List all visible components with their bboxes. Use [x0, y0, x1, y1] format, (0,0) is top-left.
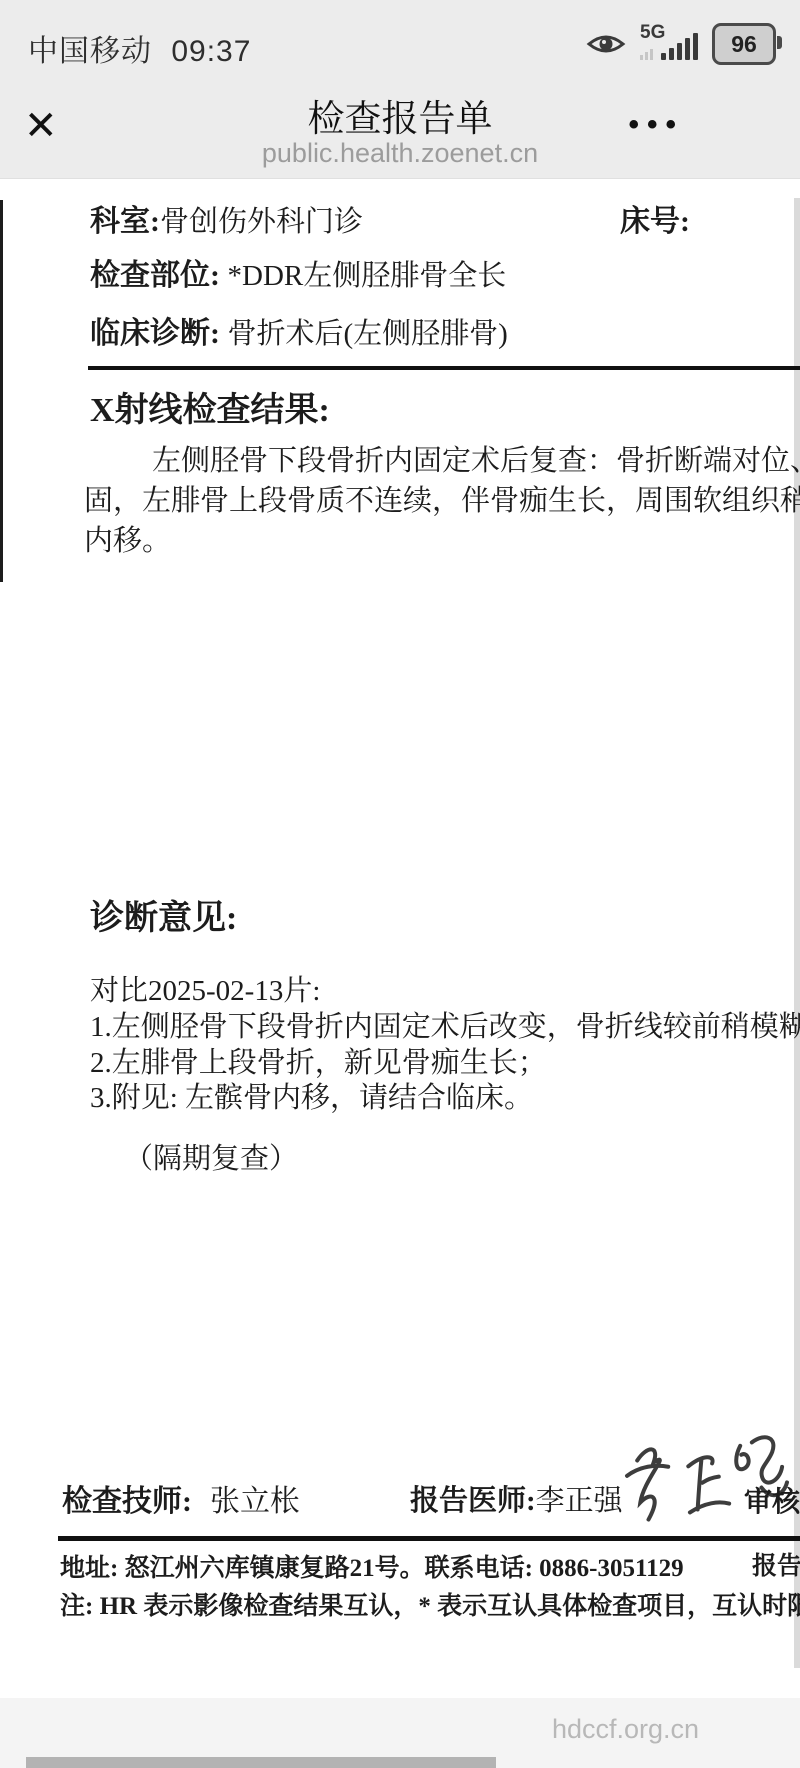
footer-divider	[58, 1536, 800, 1541]
exam-part-label: 检查部位:	[90, 259, 220, 292]
department-field: 科室:骨创伤外科门诊	[90, 196, 590, 240]
clinical-diagnosis-field: 临床诊断: 骨折术后(左侧胫腓骨)	[90, 308, 800, 352]
page-url: public.health.zoenet.cn	[0, 138, 800, 169]
exam-part-field: 检查部位: *DDR左侧胫腓骨全长	[90, 250, 800, 294]
xray-result-line: 固，左腓骨上段骨质不连续，伴骨痂生长，周围软组织稍肿胀	[84, 478, 800, 519]
watermark-url: hdccf.org.cn	[552, 1714, 699, 1745]
bed-field: 床号:	[620, 196, 800, 240]
technician-field: 检查技师:张立枨	[62, 1476, 300, 1520]
followup-note: （隔期复查）	[124, 1136, 298, 1177]
carrier-and-time: 中国移动 09:37	[28, 26, 251, 70]
phone-screen: 中国移动 09:37 5G 96 ✕ 检查报告单	[0, 0, 800, 1768]
xray-result-line: 左侧胫骨下段骨折内固定术后复查：骨折断端对位、对线	[152, 438, 800, 479]
page-edge-shadow-left	[0, 200, 3, 582]
reporter-field: 报告医师:李正强	[410, 1478, 623, 1519]
reviewer-label: 审核	[744, 1480, 800, 1520]
carrier-label: 中国移动	[28, 35, 152, 68]
department-value: 骨创伤外科门诊	[160, 206, 363, 238]
xray-result-heading: X射线检查结果:	[90, 382, 330, 431]
browser-header: 中国移动 09:37 5G 96 ✕ 检查报告单	[0, 0, 800, 179]
signal-indicator: 5G	[640, 22, 698, 66]
clock-label: 09:37	[171, 35, 251, 68]
report-label: 报告	[752, 1546, 800, 1582]
battery-icon: 96	[712, 23, 776, 65]
address-line: 地址: 怒江州六库镇康复路21号。联系电话: 0886-3051129	[60, 1548, 750, 1584]
clinical-diagnosis-value: 骨折术后(左侧胫腓骨)	[228, 318, 508, 350]
signal-bars-icon	[661, 33, 698, 60]
eye-icon	[586, 29, 626, 59]
bottom-bar	[26, 1757, 496, 1768]
mutual-recognition-note: 注: HR 表示影像检查结果互认，* 表示互认具体检查项目，互认时限15天内	[60, 1586, 800, 1622]
bed-label: 床号:	[620, 205, 690, 238]
diagnosis-heading: 诊断意见:	[90, 890, 237, 939]
status-icons: 5G 96	[586, 22, 776, 66]
technician-label: 检查技师:	[62, 1485, 192, 1518]
reporter-label: 报告医师:	[410, 1485, 536, 1517]
more-menu-icon[interactable]: •••	[628, 108, 684, 142]
section-divider	[88, 366, 800, 370]
diagnosis-line: 3.附见: 左髌骨内移，请结合临床。	[90, 1075, 800, 1116]
xray-result-line: 内移。	[84, 518, 800, 559]
department-label: 科室:	[90, 205, 160, 238]
exam-part-value: *DDR左侧胫腓骨全长	[228, 260, 507, 292]
clinical-diagnosis-label: 临床诊断:	[90, 317, 220, 350]
reporter-name: 李正强	[536, 1485, 623, 1517]
diagnosis-line: 1.左侧胫骨下段骨折内固定术后改变，骨折线较前稍模糊；	[90, 1004, 800, 1045]
diagnosis-line: 对比2025-02-13片:	[90, 968, 800, 1009]
battery-percent: 96	[731, 31, 757, 58]
sim2-signal-icon	[640, 49, 653, 60]
technician-name: 张立枨	[210, 1485, 300, 1518]
